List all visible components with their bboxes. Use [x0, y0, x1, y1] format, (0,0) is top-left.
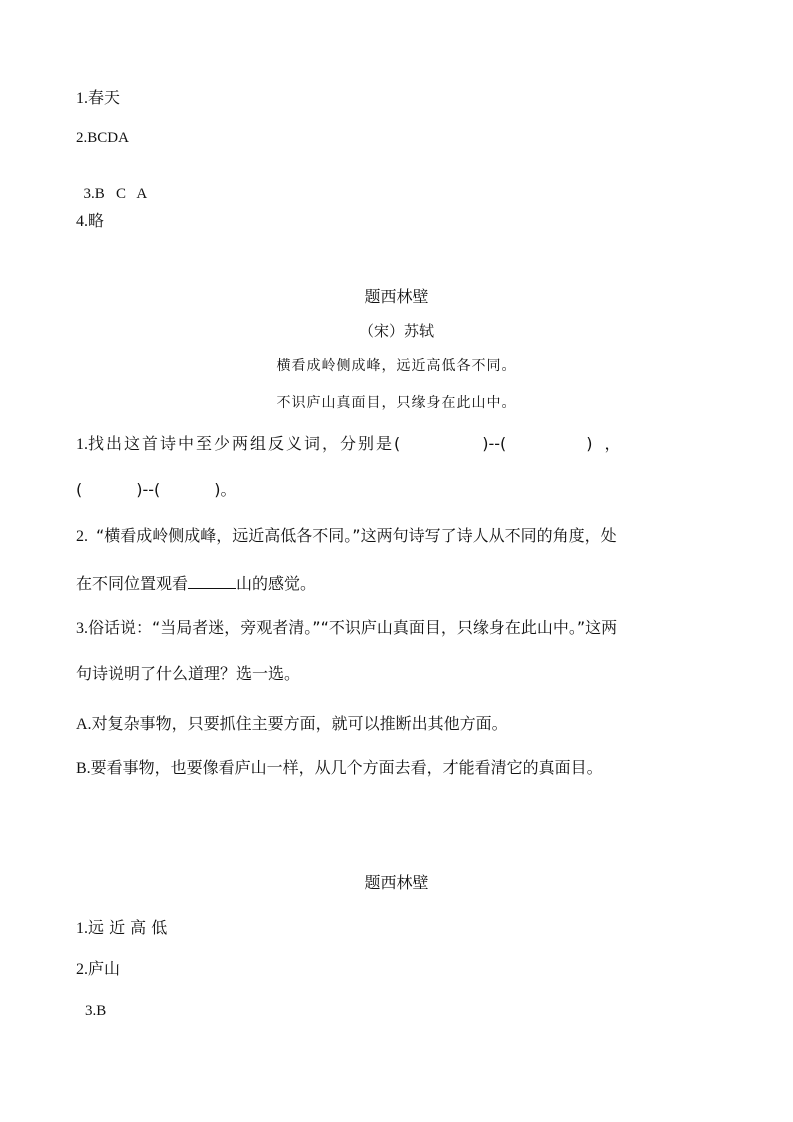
poem-line-1: 横看成岭侧成峰，远近高低各不同。 [0, 360, 793, 374]
answer-item-2: 2.BCDA [76, 131, 129, 146]
blank-separator: )--( [482, 434, 506, 453]
answer-text: 庐山 [88, 959, 120, 978]
answer-text: 远 近 高 低 [88, 918, 167, 937]
answer-text: 春天 [88, 88, 120, 107]
answer-number: 2. [76, 130, 87, 146]
option-label: A. [76, 716, 92, 733]
answer-number: 1. [76, 90, 88, 107]
poem-author: （宋）苏轼 [0, 325, 793, 340]
answer-text: 略 [88, 211, 104, 230]
blank-open: ( [394, 434, 400, 453]
question-1-line-2: ()--()。 [76, 482, 237, 498]
option-a[interactable]: A.对复杂事物，只要抓住主要方面，就可以推断出其他方面。 [76, 716, 508, 733]
answer-number: 1. [76, 920, 88, 937]
poem-line-2: 不识庐山真面目，只缘身在此山中。 [0, 397, 793, 411]
comma: ， [605, 434, 621, 453]
question-2-line-1: 2.“横看成岭侧成峰，远近高低各不同。”这两句诗写了诗人从不同的角度，处 [76, 528, 617, 545]
question-3-line-1: 3.俗话说：“当局者迷，旁观者清。”“不识庐山真面目，只缘身在此山中。”这两 [76, 620, 617, 637]
option-b[interactable]: B.要看事物，也要像看庐山一样，从几个方面去看，才能看清它的真面目。 [76, 760, 603, 777]
question-text: 句诗说明了什么道理？选一选。 [76, 664, 300, 683]
option-label: B. [76, 760, 91, 777]
answer-item-3: 3.B C A [76, 172, 147, 202]
question-number: 3. [76, 620, 88, 637]
answer-text: BCDA [87, 130, 129, 146]
question-text: 山的感觉。 [236, 574, 316, 593]
blank-separator: )--( [136, 480, 160, 499]
answer-text: B C A [95, 186, 148, 202]
poem-title: 题西林壁 [0, 289, 793, 305]
fill-in-blank[interactable] [188, 574, 236, 589]
answer-number: 2. [76, 961, 88, 978]
blank-open: ( [76, 480, 82, 499]
question-text: 俗话说：“当局者迷，旁观者清。”“不识庐山真面目，只缘身在此山中。”这两 [88, 618, 617, 637]
question-number: 1. [76, 436, 88, 453]
question-1-line-1: 1.找出这首诗中至少两组反义词，分别是()--()， [76, 436, 716, 453]
answer-item-4: 4.略 [76, 213, 104, 230]
question-text: “横看成岭侧成峰，远近高低各不同。”这两句诗写了诗人从不同的角度，处 [96, 526, 617, 545]
answer-item-1: 1.远 近 高 低 [76, 920, 167, 937]
answer-text: B [96, 1003, 106, 1019]
question-2-line-2: 在不同位置观看山的感觉。 [76, 574, 316, 592]
answer-item-1: 1.春天 [76, 90, 120, 107]
blank-end: )。 [214, 480, 236, 499]
answer-item-2: 2.庐山 [76, 961, 120, 978]
answer-item-3: 3.B [85, 1004, 106, 1019]
question-3-line-2: 句诗说明了什么道理？选一选。 [76, 666, 300, 682]
answer-number: 3. [84, 186, 95, 202]
question-text: 在不同位置观看 [76, 574, 188, 593]
answers-title: 题西林壁 [0, 875, 793, 891]
option-text: 对复杂事物，只要抓住主要方面，就可以推断出其他方面。 [92, 714, 508, 733]
answer-number: 3. [85, 1003, 96, 1019]
blank-end: ) [586, 434, 592, 453]
option-text: 要看事物，也要像看庐山一样，从几个方面去看，才能看清它的真面目。 [91, 758, 603, 777]
answer-number: 4. [76, 213, 88, 230]
question-number: 2. [76, 528, 88, 545]
question-text: 找出这首诗中至少两组反义词，分别是 [88, 434, 394, 453]
